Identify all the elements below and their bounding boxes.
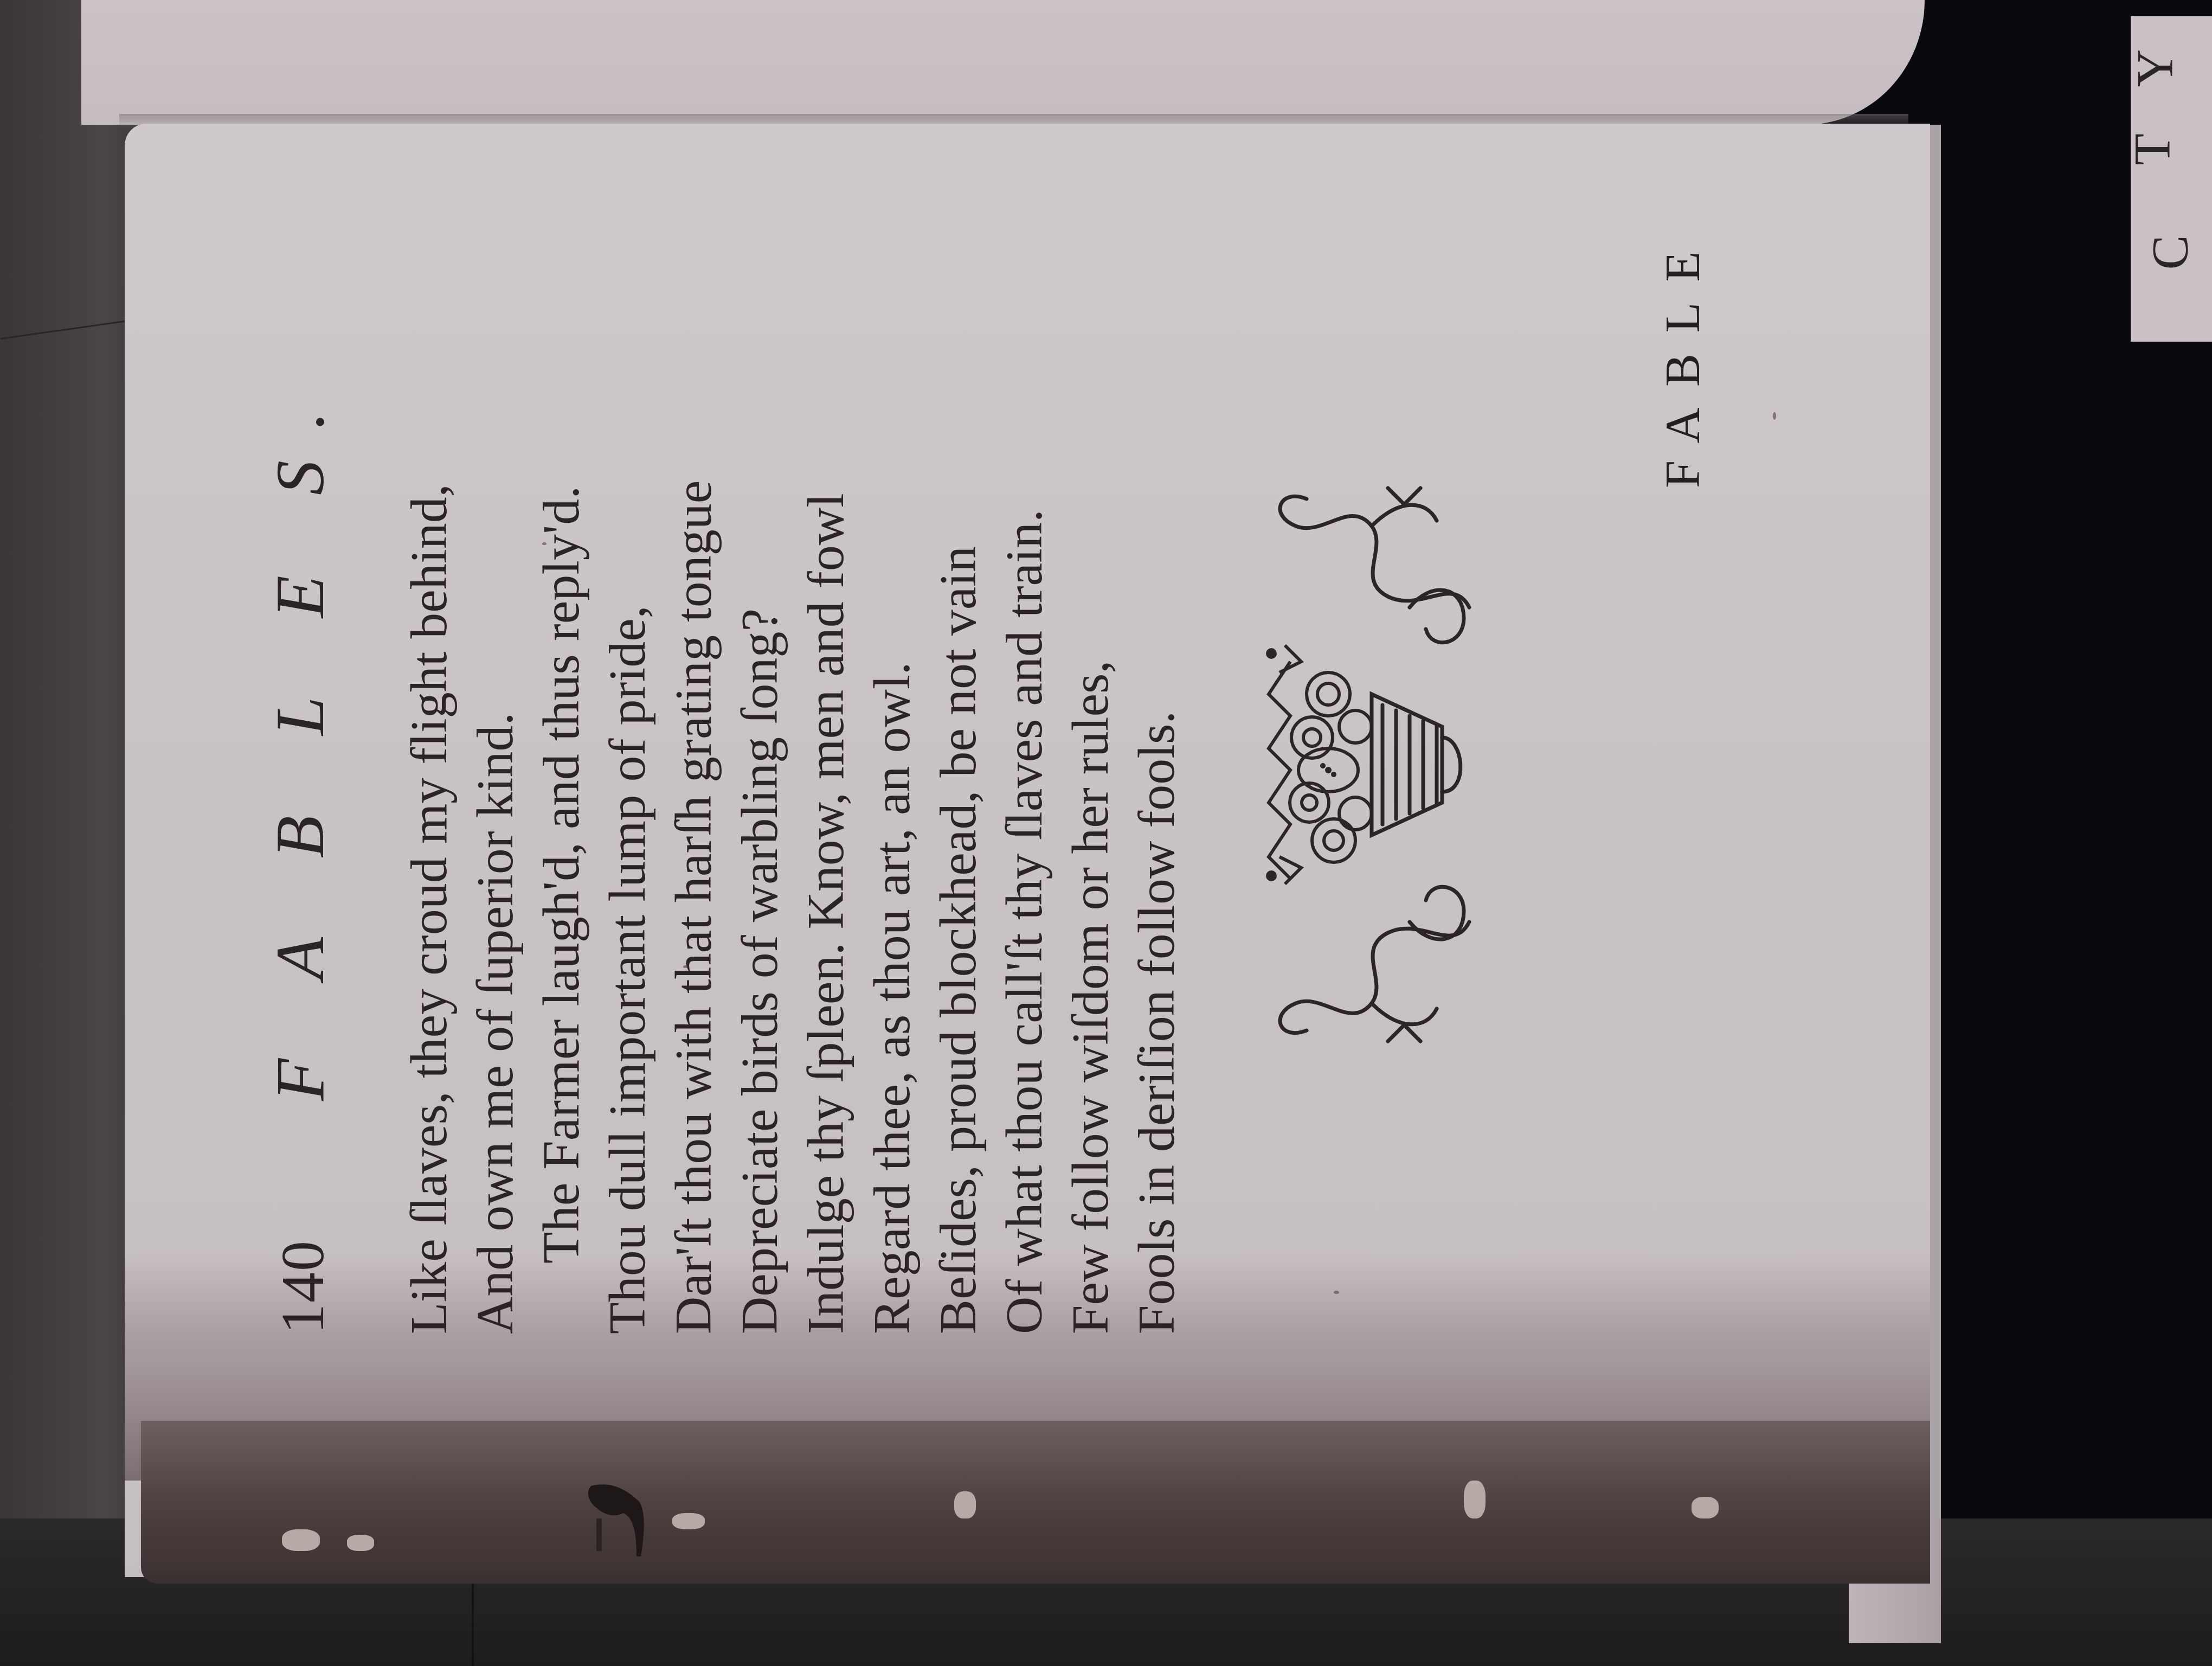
facing-page-edge-text: Y T C <box>2131 16 2212 342</box>
fruit-basket-ornament-icon <box>1247 466 1475 1063</box>
catchword-text: FABLE <box>1654 230 1711 488</box>
running-head: 140 F A B L E S. <box>260 87 374 1334</box>
verse-line: Dar'ſt thou with that harſh grating tong… <box>660 87 726 1334</box>
edge-letter: Y <box>2125 49 2185 87</box>
edge-letter: T <box>2122 133 2182 165</box>
verse-line: Depreciate birds of warbling ſong? <box>726 87 793 1334</box>
verse-line: Few follow wiſdom or her rules, <box>1057 87 1123 1334</box>
running-title: F A B L E S. <box>260 380 340 1101</box>
book-binding <box>141 1421 1930 1584</box>
ink-stain <box>580 1481 656 1562</box>
catchword: FABLE <box>1643 282 1724 488</box>
verse-line: Thou dull important lump of pride, <box>594 87 660 1334</box>
verse-line: Of what thou call'ſt thy ſlaves and trai… <box>991 87 1057 1334</box>
verse-line: Beſides, proud blockhead, be not vain <box>925 87 991 1334</box>
verse-line: And own me of ſuperior kind. <box>462 87 528 1334</box>
edge-letter: C <box>2140 235 2200 270</box>
page-text-block: 140 F A B L E S. Like ſlaves, they croud… <box>260 87 1399 1334</box>
verse-line: Like ſlaves, they croud my flight behind… <box>396 87 462 1334</box>
verse: Like ſlaves, they croud my flight behind… <box>396 87 1189 1334</box>
verse-line: Regard thee, as thou art, an owl. <box>859 87 925 1334</box>
verse-line: Fools in deriſion follow fools. <box>1123 87 1189 1334</box>
verse-line: The Farmer laugh'd, and thus reply'd. <box>528 87 594 1334</box>
page-number: 140 <box>268 1106 338 1334</box>
verse-line: Indulge thy ſpleen. Know, men and fowl <box>793 87 859 1334</box>
